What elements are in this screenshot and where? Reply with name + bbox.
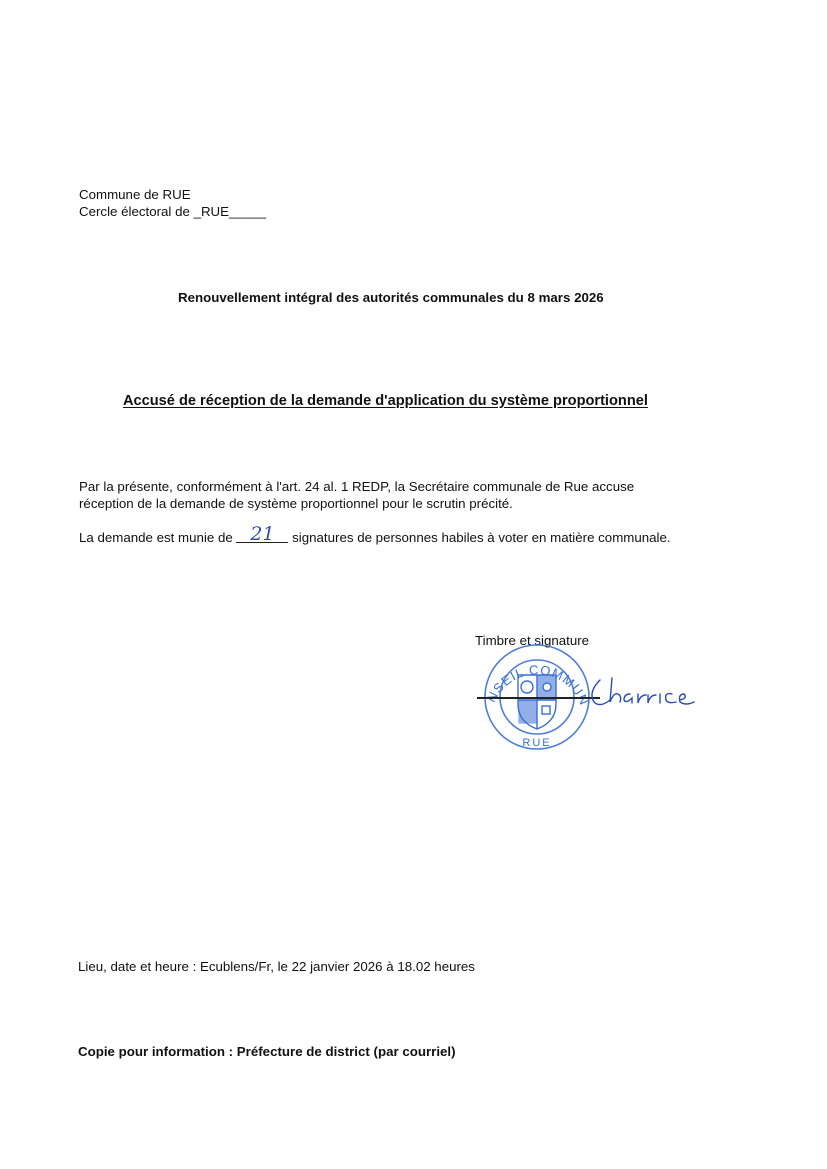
electoral-circle-value: _RUE_____	[194, 204, 266, 219]
svg-text:RUE: RUE	[522, 737, 551, 749]
commune-name: Commune de RUE	[79, 186, 266, 203]
body-paragraph-1: Par la présente, conformément à l'art. 2…	[79, 478, 634, 512]
signature-scribble-icon	[586, 670, 696, 715]
shield-icon	[518, 675, 556, 729]
copy-for-information: Copie pour information : Préfecture de d…	[78, 1043, 456, 1060]
body-paragraph-1-line-1: Par la présente, conformément à l'art. 2…	[79, 478, 634, 495]
electoral-circle-label: Cercle électoral de	[79, 204, 194, 219]
sender-block: Commune de RUE Cercle électoral de _RUE_…	[79, 186, 266, 220]
handwritten-signature	[586, 670, 696, 715]
electoral-circle: Cercle électoral de _RUE_____	[79, 203, 266, 220]
body-paragraph-2: La demande est munie de 21 signatures de…	[79, 529, 671, 546]
signature-count-suffix: signatures de personnes habiles à voter …	[288, 530, 670, 545]
event-title: Renouvellement intégral des autorités co…	[178, 290, 604, 305]
signature-line	[477, 697, 600, 699]
document-title: Accusé de réception de la demande d'appl…	[123, 393, 648, 409]
signature-count-handwritten: 21	[236, 527, 288, 543]
place-date-time: Lieu, date et heure : Ecublens/Fr, le 22…	[78, 958, 475, 975]
body-paragraph-1-line-2: réception de la demande de système propo…	[79, 495, 634, 512]
signature-count-prefix: La demande est munie de	[79, 530, 236, 545]
